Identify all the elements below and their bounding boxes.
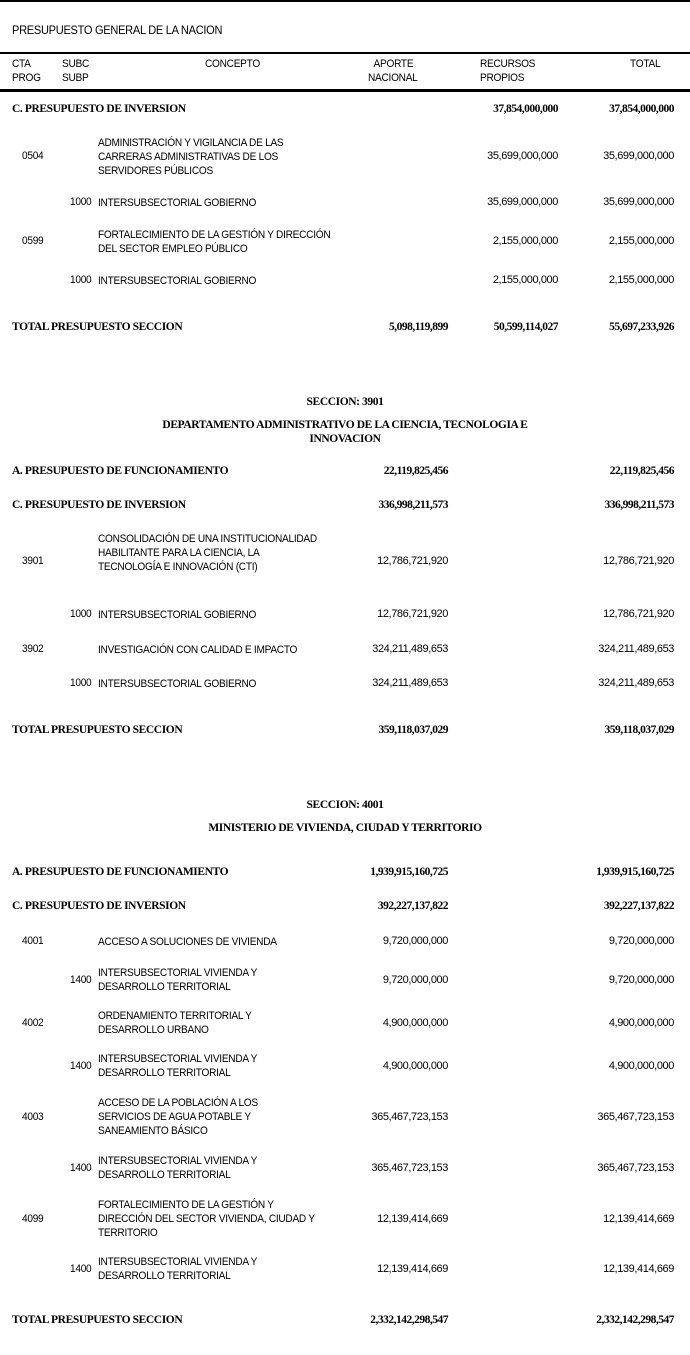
funcionamiento-total: 1,939,915,160,725 xyxy=(596,866,674,878)
row-concepto: ORDENAMIENTO TERRITORIAL Y DESARROLLO UR… xyxy=(98,1009,282,1037)
row-total: 9,720,000,000 xyxy=(609,935,674,947)
row-prog: 0599 xyxy=(22,235,43,247)
row-aporte: 324,211,489,653 xyxy=(372,677,448,689)
section-code: SECCION: 3901 xyxy=(0,396,690,408)
inversion-aporte: 392,227,137,822 xyxy=(378,900,448,912)
row-prog: 4003 xyxy=(22,1111,43,1123)
row-subp: 1000 xyxy=(70,274,91,286)
header-rule-bottom xyxy=(0,89,690,92)
funcionamiento-aporte: 22,119,825,456 xyxy=(384,465,448,477)
col-prog-label: PROG xyxy=(12,72,41,84)
row-total: 12,139,414,669 xyxy=(603,1213,674,1225)
header-rule-top xyxy=(0,52,690,54)
section-name-line2: INNOVACION xyxy=(0,433,690,445)
inversion-aporte: 336,998,211,573 xyxy=(379,499,449,511)
row-prog: 4002 xyxy=(22,1017,43,1029)
row-aporte: 12,139,414,669 xyxy=(377,1213,448,1225)
row-subp: 1000 xyxy=(70,608,91,620)
row-concepto: FORTALECIMIENTO DE LA GESTIÓN Y DIRECCIÓ… xyxy=(98,228,337,256)
inversion-total: 392,227,137,822 xyxy=(604,900,674,912)
inversion-label: C. PRESUPUESTO DE INVERSION xyxy=(12,103,186,115)
total-aporte: 5,098,119,899 xyxy=(389,321,448,333)
row-total: 12,786,721,920 xyxy=(603,555,674,567)
inversion-recursos: 37,854,000,000 xyxy=(493,103,558,115)
row-aporte: 9,720,000,000 xyxy=(383,974,448,986)
total-recursos: 50,599,114,027 xyxy=(494,321,558,333)
row-aporte: 365,467,723,153 xyxy=(371,1111,448,1123)
row-aporte: 12,786,721,920 xyxy=(377,555,448,567)
funcionamiento-label: A. PRESUPUESTO DE FUNCIONAMIENTO xyxy=(12,866,228,878)
col-subp-label: SUBP xyxy=(62,72,88,84)
row-total: 2,155,000,000 xyxy=(609,235,674,247)
total-total: 359,118,037,029 xyxy=(605,724,675,736)
row-total: 12,139,414,669 xyxy=(603,1263,674,1275)
section-code: SECCION: 4001 xyxy=(0,799,690,811)
row-concepto: INTERSUBSECTORIAL GOBIERNO xyxy=(98,677,328,691)
row-concepto: INTERSUBSECTORIAL GOBIERNO xyxy=(98,196,328,210)
row-concepto: FORTALECIMIENTO DE LA GESTIÓN Y DIRECCIÓ… xyxy=(98,1198,328,1240)
funcionamiento-total: 22,119,825,456 xyxy=(610,465,674,477)
row-prog: 4099 xyxy=(22,1213,43,1225)
row-total: 365,467,723,153 xyxy=(597,1162,674,1174)
row-recursos: 2,155,000,000 xyxy=(493,274,558,286)
row-aporte: 365,467,723,153 xyxy=(371,1162,448,1174)
total-total: 55,697,233,926 xyxy=(609,321,674,333)
row-concepto: INTERSUBSECTORIAL VIVIENDA Y DESARROLLO … xyxy=(98,1255,282,1283)
row-total: 12,786,721,920 xyxy=(603,608,674,620)
row-total: 365,467,723,153 xyxy=(597,1111,674,1123)
col-recursos-label: RECURSOS xyxy=(480,58,535,70)
total-total: 2,332,142,298,547 xyxy=(596,1314,674,1326)
total-label: TOTAL PRESUPUESTO SECCION xyxy=(12,1314,182,1326)
row-subp: 1000 xyxy=(70,196,91,208)
row-prog: 4001 xyxy=(22,935,43,947)
section-name-line1: DEPARTAMENTO ADMINISTRATIVO DE LA CIENCI… xyxy=(0,419,690,431)
row-recursos: 35,699,000,000 xyxy=(487,150,558,162)
total-aporte: 359,118,037,029 xyxy=(379,724,449,736)
row-concepto: ACCESO DE LA POBLACIÓN A LOS SERVICIOS D… xyxy=(98,1096,282,1138)
row-subp: 1400 xyxy=(70,974,91,986)
row-total: 324,211,489,653 xyxy=(598,643,674,655)
total-aporte: 2,332,142,298,547 xyxy=(370,1314,448,1326)
col-cta-prog: CTAPROG xyxy=(12,57,41,85)
row-total: 4,900,000,000 xyxy=(609,1060,674,1072)
row-total: 35,699,000,000 xyxy=(603,150,674,162)
col-propios-label: PROPIOS xyxy=(480,72,524,84)
row-concepto: INTERSUBSECTORIAL GOBIERNO xyxy=(98,608,328,622)
col-total: TOTAL xyxy=(630,57,660,71)
row-concepto: CONSOLIDACIÓN DE UNA INSTITUCIONALIDAD H… xyxy=(98,532,319,574)
row-recursos: 2,155,000,000 xyxy=(493,235,558,247)
row-total: 2,155,000,000 xyxy=(609,274,674,286)
col-concepto: CONCEPTO xyxy=(205,57,260,71)
row-concepto: INTERSUBSECTORIAL GOBIERNO xyxy=(98,274,328,288)
row-aporte: 4,900,000,000 xyxy=(383,1017,448,1029)
row-aporte: 324,211,489,653 xyxy=(372,643,448,655)
funcionamiento-aporte: 1,939,915,160,725 xyxy=(370,866,448,878)
row-total: 35,699,000,000 xyxy=(603,196,674,208)
row-subp: 1400 xyxy=(70,1263,91,1275)
col-recursos-propios: RECURSOSPROPIOS xyxy=(480,57,535,85)
row-concepto: INTERSUBSECTORIAL VIVIENDA Y DESARROLLO … xyxy=(98,1052,282,1080)
row-subp: 1000 xyxy=(70,677,91,689)
row-concepto: INTERSUBSECTORIAL VIVIENDA Y DESARROLLO … xyxy=(98,966,282,994)
row-concepto: ADMINISTRACIÓN Y VIGILANCIA DE LAS CARRE… xyxy=(98,136,328,178)
inversion-label: C. PRESUPUESTO DE INVERSION xyxy=(12,499,186,511)
col-aporte-label: APORTE xyxy=(368,58,413,70)
inversion-label: C. PRESUPUESTO DE INVERSION xyxy=(12,900,186,912)
row-prog: 3901 xyxy=(22,555,43,567)
total-label: TOTAL PRESUPUESTO SECCION xyxy=(12,724,182,736)
section-name-line1: MINISTERIO DE VIVIENDA, CIUDAD Y TERRITO… xyxy=(0,822,690,834)
top-border xyxy=(0,0,690,2)
row-prog: 0504 xyxy=(22,150,43,162)
row-aporte: 9,720,000,000 xyxy=(383,935,448,947)
row-aporte: 12,139,414,669 xyxy=(377,1263,448,1275)
col-nacional-label: NACIONAL xyxy=(368,72,418,84)
col-subc-subp: SUBCSUBP xyxy=(62,57,89,85)
row-concepto: ACCESO A SOLUCIONES DE VIVIENDA xyxy=(98,935,328,949)
row-recursos: 35,699,000,000 xyxy=(487,196,558,208)
funcionamiento-label: A. PRESUPUESTO DE FUNCIONAMIENTO xyxy=(12,465,228,477)
col-cta-label: CTA xyxy=(12,58,31,70)
row-subp: 1400 xyxy=(70,1060,91,1072)
inversion-total: 336,998,211,573 xyxy=(605,499,675,511)
row-aporte: 4,900,000,000 xyxy=(383,1060,448,1072)
col-subc-label: SUBC xyxy=(62,58,89,70)
row-subp: 1400 xyxy=(70,1162,91,1174)
row-total: 4,900,000,000 xyxy=(609,1017,674,1029)
row-concepto: INVESTIGACIÓN CON CALIDAD E IMPACTO xyxy=(98,643,337,657)
row-aporte: 12,786,721,920 xyxy=(377,608,448,620)
row-prog: 3902 xyxy=(22,643,43,655)
row-total: 9,720,000,000 xyxy=(609,974,674,986)
col-aporte-nacional: APORTENACIONAL xyxy=(368,57,418,85)
row-total: 324,211,489,653 xyxy=(598,677,674,689)
document-title: PRESUPUESTO GENERAL DE LA NACION xyxy=(12,23,222,37)
total-label: TOTAL PRESUPUESTO SECCION xyxy=(12,321,182,333)
row-concepto: INTERSUBSECTORIAL VIVIENDA Y DESARROLLO … xyxy=(98,1154,282,1182)
inversion-total: 37,854,000,000 xyxy=(609,103,674,115)
